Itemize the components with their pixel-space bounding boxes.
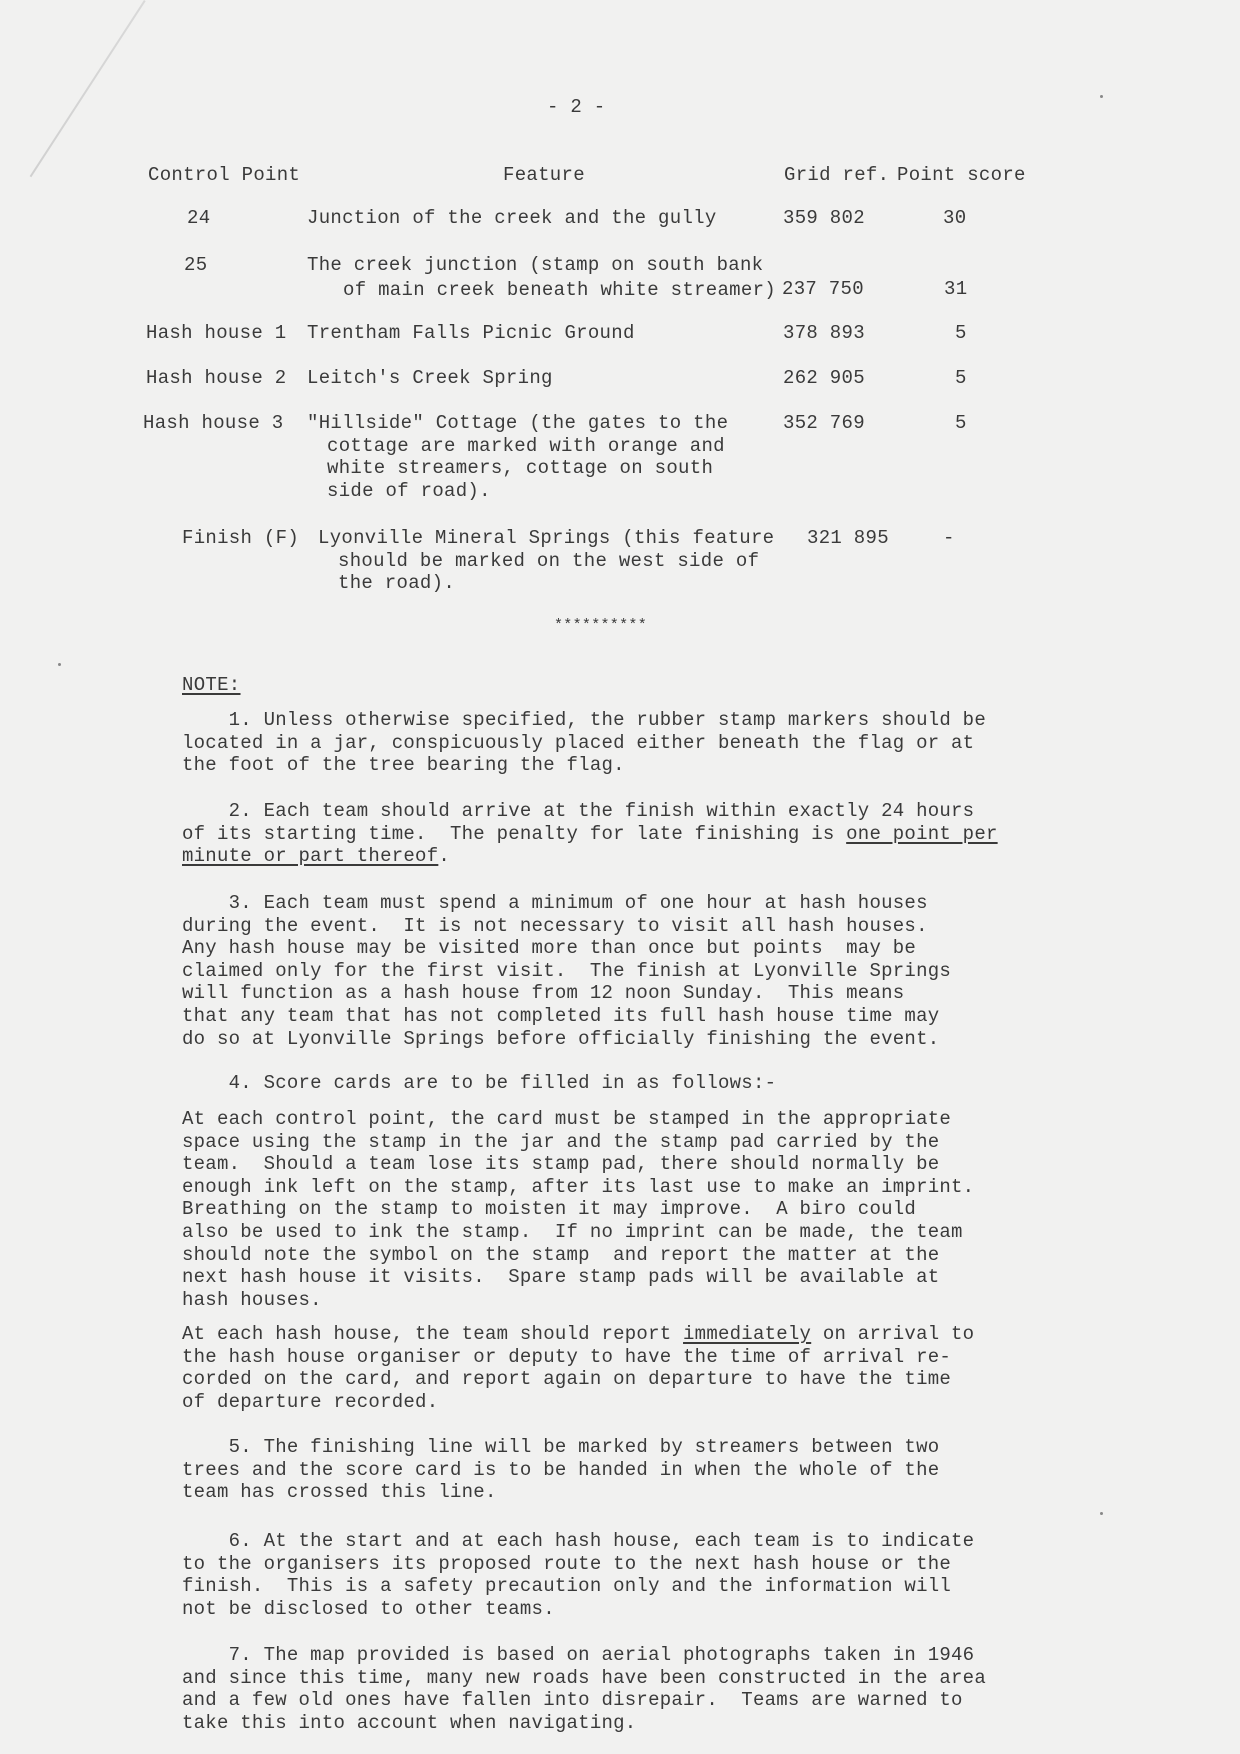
page-number: - 2 - bbox=[547, 96, 606, 119]
point-score: 5 bbox=[955, 412, 967, 435]
note-4-heading: 4. Score cards are to be filled in as fo… bbox=[182, 1072, 1042, 1095]
note-7: 7. The map provided is based on aerial p… bbox=[182, 1644, 1042, 1734]
feature-description: Lyonville Mineral Springs (this feature bbox=[318, 527, 774, 550]
grid-reference: 262 905 bbox=[783, 367, 865, 390]
note-4-paragraph-1: At each control point, the card must be … bbox=[182, 1108, 1042, 1311]
feature-description: Leitch's Creek Spring bbox=[307, 367, 553, 390]
feature-description: should be marked on the west side of bbox=[338, 550, 759, 573]
control-point-id: Finish (F) bbox=[182, 527, 299, 550]
control-point-id: Hash house 2 bbox=[146, 367, 286, 390]
feature-description: Junction of the creek and the gully bbox=[307, 207, 717, 230]
grid-reference: 237 750 bbox=[782, 278, 864, 301]
point-score: 31 bbox=[944, 278, 967, 301]
header-control-point: Control Point bbox=[148, 164, 300, 187]
grid-reference: 378 893 bbox=[783, 322, 865, 345]
control-point-id: 24 bbox=[187, 207, 210, 230]
paper-crease bbox=[30, 0, 146, 177]
speck bbox=[1100, 1512, 1103, 1515]
penalty-underlined: one point per bbox=[846, 823, 997, 845]
document-page: - 2 - Control Point Feature Grid ref. Po… bbox=[0, 0, 1240, 1754]
point-score: - bbox=[943, 527, 955, 550]
header-grid-ref: Grid ref. bbox=[784, 164, 889, 187]
note-3: 3. Each team must spend a minimum of one… bbox=[182, 892, 1042, 1050]
point-score: 5 bbox=[955, 322, 967, 345]
feature-description: Trentham Falls Picnic Ground bbox=[307, 322, 635, 345]
note-5: 5. The finishing line will be marked by … bbox=[182, 1436, 1042, 1504]
feature-description: The creek junction (stamp on south bank bbox=[307, 254, 763, 277]
feature-description: the road). bbox=[338, 572, 455, 595]
speck bbox=[58, 663, 61, 666]
feature-description: white streamers, cottage on south bbox=[327, 457, 713, 480]
note-6: 6. At the start and at each hash house, … bbox=[182, 1530, 1042, 1620]
control-point-id: Hash house 3 bbox=[143, 412, 283, 435]
speck bbox=[1100, 95, 1103, 98]
header-point-score: Point score bbox=[897, 164, 1026, 187]
point-score: 30 bbox=[943, 207, 966, 230]
note-1: 1. Unless otherwise specified, the rubbe… bbox=[182, 709, 1042, 777]
point-score: 5 bbox=[955, 367, 967, 390]
note-2: 2. Each team should arrive at the finish… bbox=[182, 800, 1042, 868]
grid-reference: 359 802 bbox=[783, 207, 865, 230]
note-4-paragraph-2: At each hash house, the team should repo… bbox=[182, 1323, 1042, 1413]
header-feature: Feature bbox=[503, 164, 585, 187]
control-point-id: Hash house 1 bbox=[146, 322, 286, 345]
feature-description: "Hillside" Cottage (the gates to the bbox=[307, 412, 728, 435]
separator: ********** bbox=[554, 615, 647, 638]
feature-description: side of road). bbox=[327, 480, 491, 503]
feature-description: of main creek beneath white streamer) bbox=[343, 279, 776, 302]
immediately-underlined: immediately bbox=[683, 1323, 811, 1345]
note-heading: NOTE: bbox=[182, 674, 241, 697]
grid-reference: 321 895 bbox=[807, 527, 889, 550]
grid-reference: 352 769 bbox=[783, 412, 865, 435]
feature-description: cottage are marked with orange and bbox=[327, 435, 725, 458]
control-point-id: 25 bbox=[184, 254, 207, 277]
